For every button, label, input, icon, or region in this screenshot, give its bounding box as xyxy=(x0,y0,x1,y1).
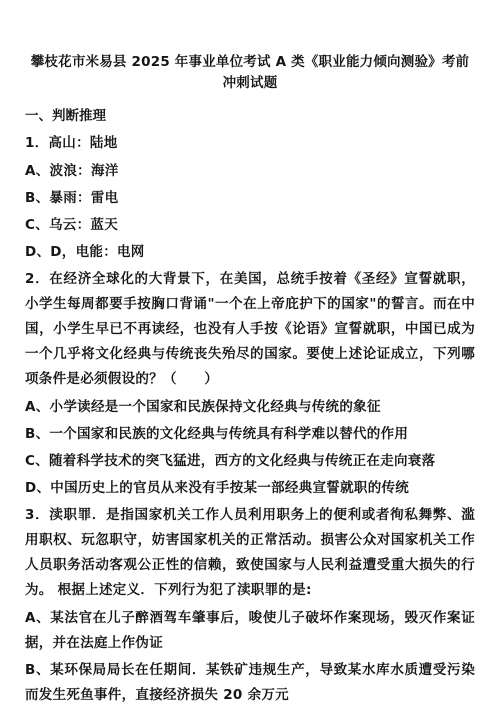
question-1-option-a: A、波浪：海洋 xyxy=(25,159,475,184)
document-title: 攀枝花市米易县 2025 年事业单位考试 A 类《职业能力倾向测验》考前冲刺试题 xyxy=(25,52,475,94)
section-heading: 一、判断推理 xyxy=(25,104,475,129)
question-2-option-b: B、一个国家和民族的文化经典与传统具有科学难以替代的作用 xyxy=(25,422,475,447)
question-2-stem: 2．在经济全球化的大背景下，在美国，总统手按着《圣经》宣誓就职，小学生每周都要手… xyxy=(25,267,475,392)
question-1-option-b: B、暴雨：雷电 xyxy=(25,186,475,211)
question-1-option-c: C、乌云：蓝天 xyxy=(25,213,475,238)
question-2-option-d: D、中国历史上的官员从来没有手按某一部经典宣誓就职的传统 xyxy=(25,476,475,501)
question-3-stem: 3．渎职罪．是指国家机关工作人员利用职务上的便利或者徇私舞弊、滥用职权、玩忽职守… xyxy=(25,503,475,603)
question-1-option-d: D、D，电能：电网 xyxy=(25,240,475,265)
question-1: 1．高山：陆地 A、波浪：海洋 B、暴雨：雷电 C、乌云：蓝天 D、D，电能：电… xyxy=(25,131,475,265)
question-3-option-a: A、某法官在儿子醉酒驾车肇事后，唆使儿子破坏作案现场，毁灭作案证据，并在法庭上作… xyxy=(25,606,475,656)
question-2: 2．在经济全球化的大背景下，在美国，总统手按着《圣经》宣誓就职，小学生每周都要手… xyxy=(25,267,475,501)
question-2-option-c: C、随着科学技术的突飞猛进，西方的文化经典与传统正在走向衰落 xyxy=(25,449,475,474)
question-3: 3．渎职罪．是指国家机关工作人员利用职务上的便利或者徇私舞弊、滥用职权、玩忽职守… xyxy=(25,503,475,708)
question-3-option-b: B、某环保局局长在任期间．某铁矿违规生产，导致某水库水质遭受污染而发生死鱼事件，… xyxy=(25,658,475,708)
document-page: 攀枝花市米易县 2025 年事业单位考试 A 类《职业能力倾向测验》考前冲刺试题… xyxy=(0,0,500,708)
question-1-stem: 1．高山：陆地 xyxy=(25,131,475,156)
question-2-option-a: A、小学读经是一个国家和民族保持文化经典与传统的象征 xyxy=(25,395,475,420)
